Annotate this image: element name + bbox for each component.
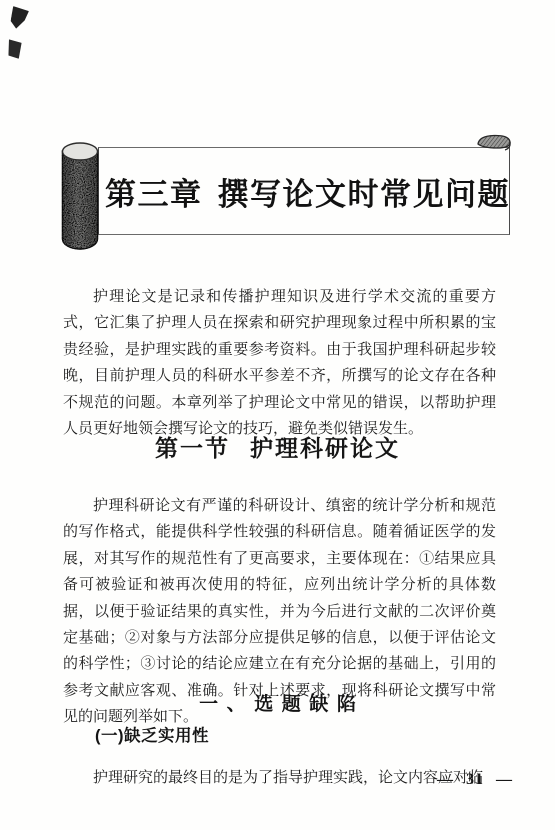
point-heading: (一)缺乏实用性 bbox=[95, 722, 209, 746]
chapter-banner: 第三章 撰写论文时常见问题 bbox=[60, 132, 514, 256]
scan-smudge-icon bbox=[10, 6, 30, 30]
section-heading: 第一节护理科研论文 bbox=[0, 430, 555, 463]
subsection-heading: 一、选题缺陷 bbox=[0, 689, 555, 716]
book-page: 第三章 撰写论文时常见问题 护理论文是记录和传播护理知识及进行学术交流的重要方式… bbox=[0, 0, 555, 830]
chapter-title: 撰写论文时常见问题 bbox=[218, 169, 511, 214]
intro-paragraph: 护理论文是记录和传播护理知识及进行学术交流的重要方式，它汇集了护理人员在探索和研… bbox=[63, 284, 496, 442]
section-title: 护理科研论文 bbox=[250, 436, 400, 461]
scan-smudge-icon bbox=[7, 39, 22, 60]
page-number: — 31 — bbox=[437, 771, 513, 789]
scroll-roller-icon bbox=[60, 140, 100, 254]
point-paragraph: 护理研究的最终目的是为了指导护理实践，论文内容应对临 bbox=[63, 765, 496, 791]
chapter-number: 第三章 bbox=[105, 169, 203, 214]
section-number: 第一节 bbox=[155, 436, 230, 461]
chapter-heading: 第三章 撰写论文时常见问题 bbox=[105, 147, 510, 235]
